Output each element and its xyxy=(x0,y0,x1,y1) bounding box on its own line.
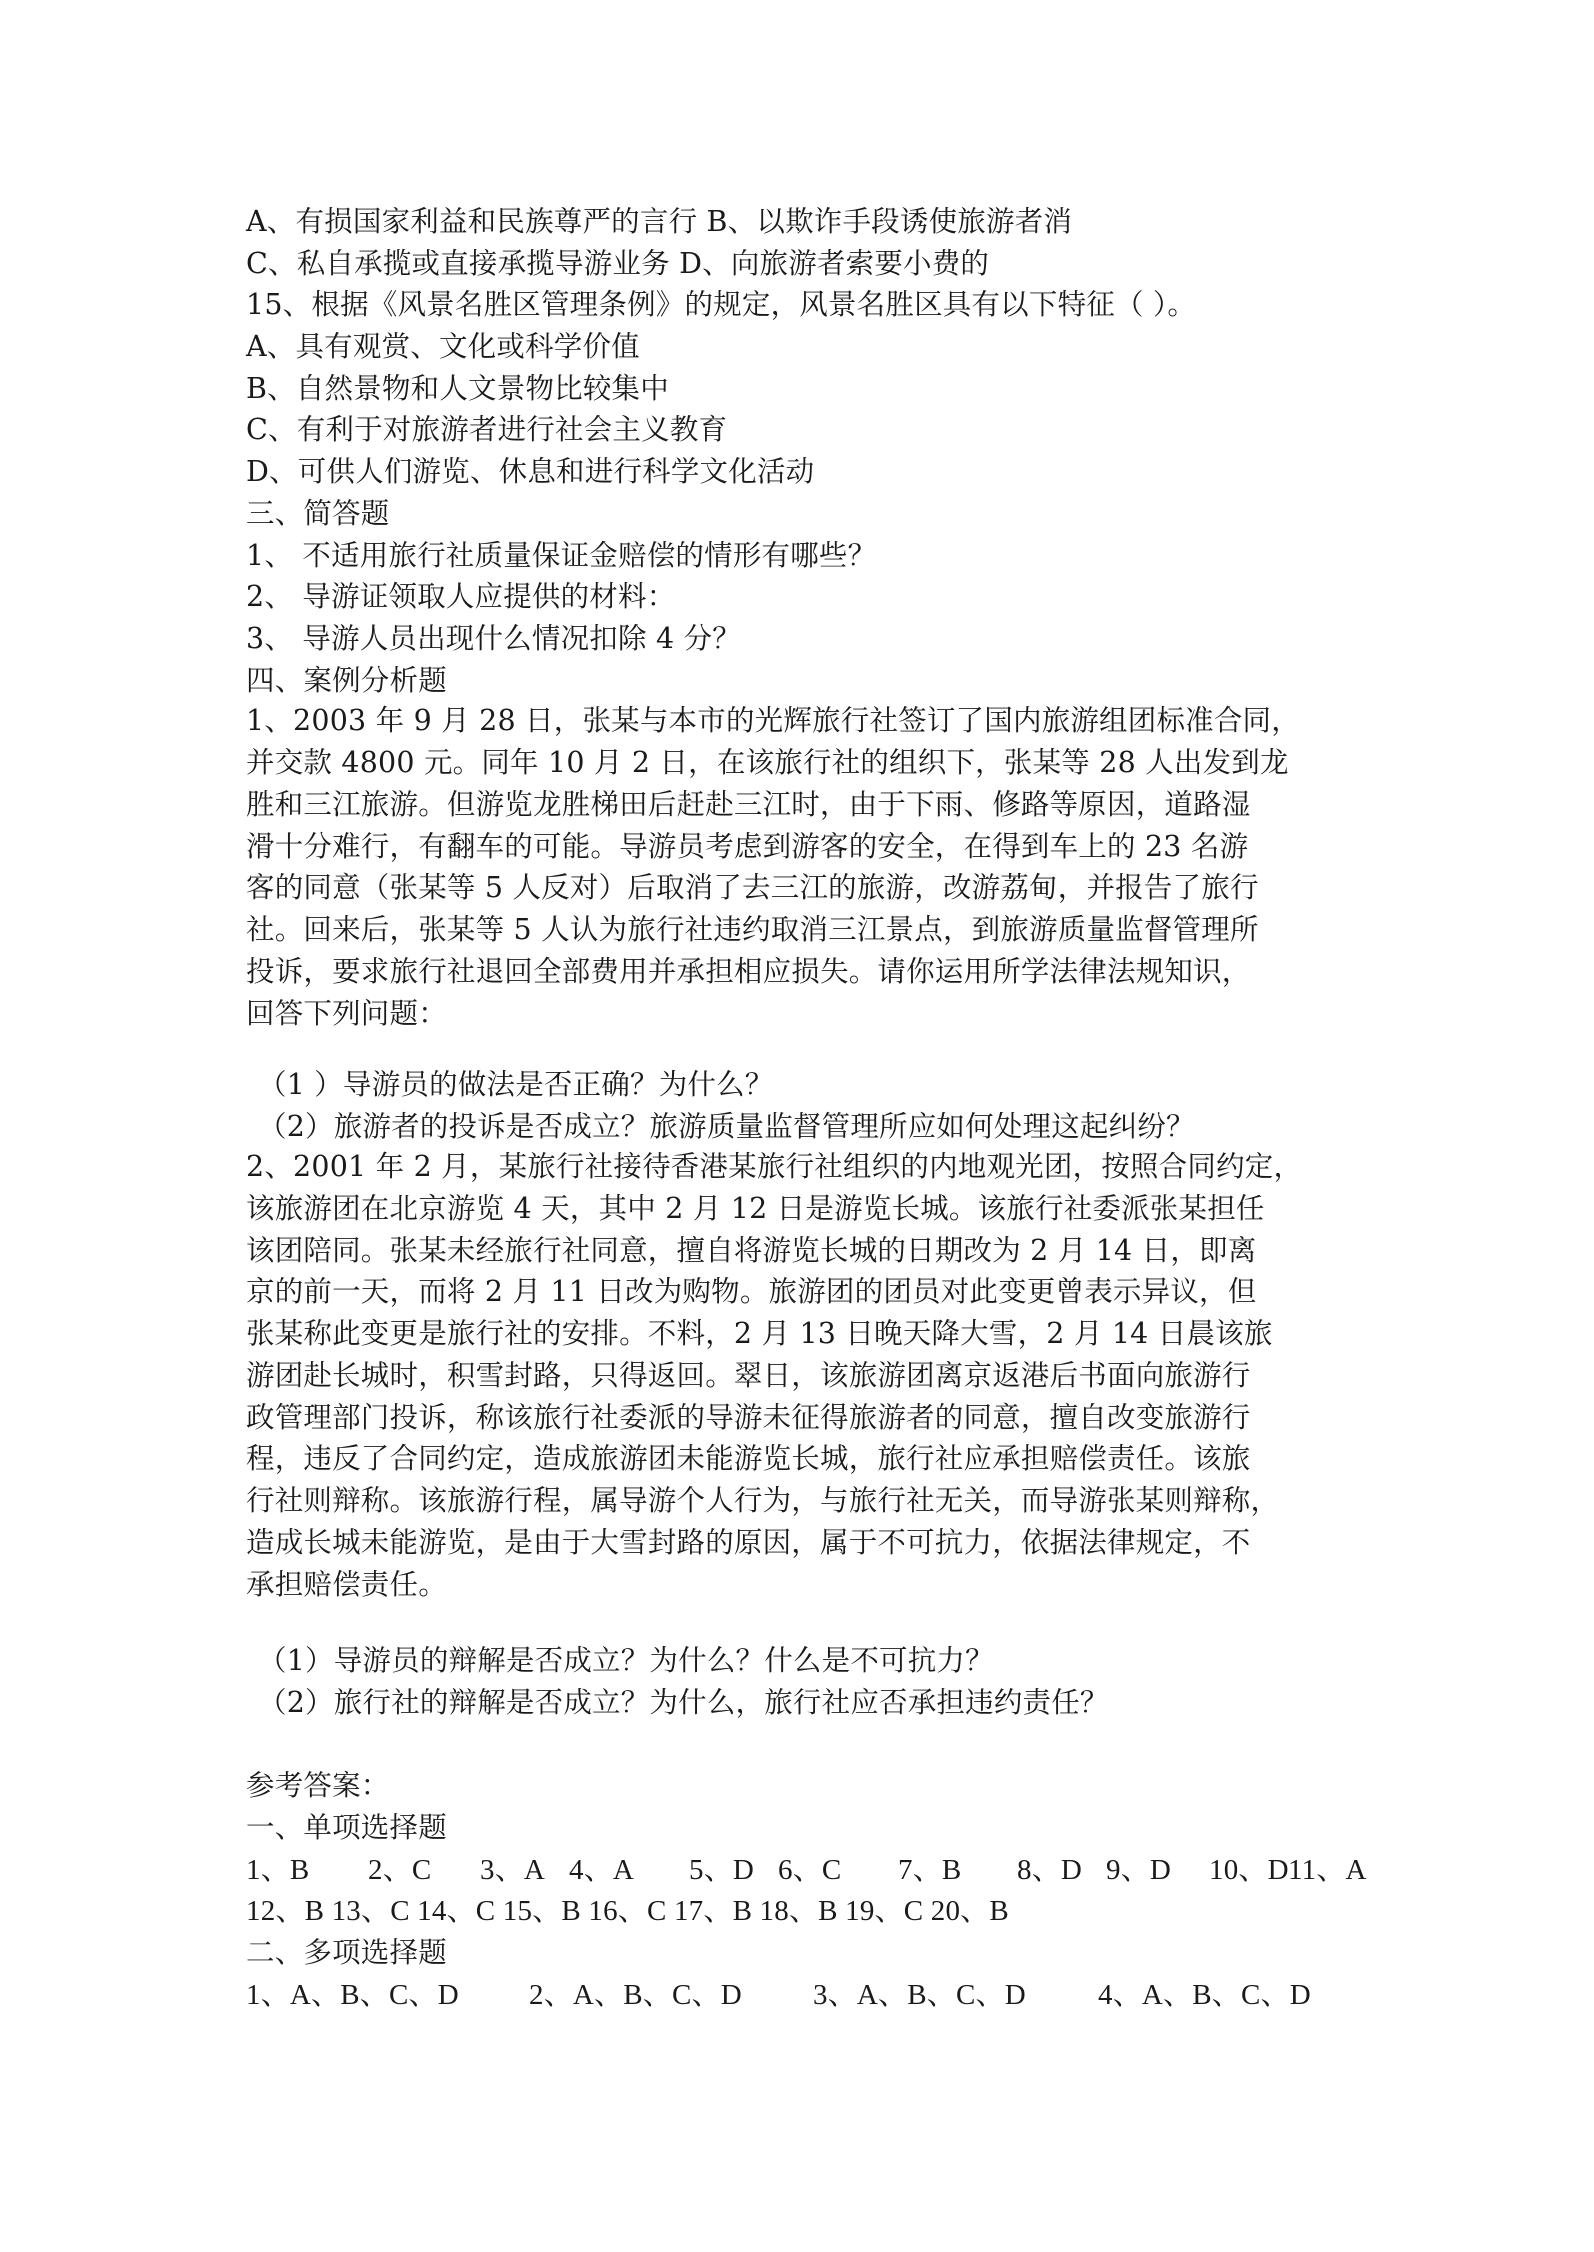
case2-line: 程，违反了合同约定，造成旅游团未能游览长城，旅行社应承担赔偿责任。该旅 xyxy=(246,1438,1356,1480)
answer-item: 2、C xyxy=(368,1849,431,1891)
case2-line: 2、2001 年 2 月，某旅行社接待香港某旅行社组织的内地观光团，按照合同约定… xyxy=(246,1146,1356,1188)
answer-item: 7、B xyxy=(898,1849,961,1891)
case1-question-2: （2）旅游者的投诉是否成立？旅游质量监督管理所应如何处理这起纠纷？ xyxy=(258,1106,1368,1148)
q15-option-c: C、有利于对旅游者进行社会主义教育 xyxy=(246,409,1356,451)
q15-option-b: B、自然景物和人文景物比较集中 xyxy=(246,368,1356,410)
case1-line: 投诉，要求旅行社退回全部费用并承担相应损失。请你运用所学法律法规知识， xyxy=(246,951,1356,993)
case2-question-2: （2）旅行社的辩解是否成立？为什么，旅行社应否承担违约责任？ xyxy=(258,1682,1368,1724)
q15-option-a: A、具有观赏、文化或科学价值 xyxy=(246,326,1356,368)
case1-line: 滑十分难行，有翻车的可能。导游员考虑到游客的安全，在得到车上的 23 名游 xyxy=(246,826,1356,868)
answer-item: 4、A xyxy=(569,1849,634,1891)
answer-item: 8、D xyxy=(1017,1849,1082,1891)
q15-option-d: D、可供人们游览、休息和进行科学文化活动 xyxy=(246,451,1356,493)
case2-line: 张某称此变更是旅行社的安排。不料，2 月 13 日晚天降大雪，2 月 14 日晨… xyxy=(246,1313,1356,1355)
multi-choice-answers-row: 1、A、B、C、D 2、A、B、C、D 3、A、B、C、D 4、A、B、C、D xyxy=(246,1974,1356,2016)
section3-question-2: 2、 导游证领取人应提供的材料： xyxy=(246,576,1356,618)
case1-line: 客的同意（张某等 5 人反对）后取消了去三江的旅游，改游荔甸，并报告了旅行 xyxy=(246,867,1356,909)
answer-item: 2、A、B、C、D xyxy=(529,1974,742,2016)
single-choice-answers-row-2: 12、B 13、C 14、C 15、B 16、C 17、B 18、B 19、C … xyxy=(246,1890,1356,1932)
case2-line: 造成长城未能游览，是由于大雪封路的原因，属于不可抗力，依据法律规定，不 xyxy=(246,1522,1356,1564)
case1-line: 胜和三江旅游。但游览龙胜梯田后赶赴三江时，由于下雨、修路等原因，道路湿 xyxy=(246,784,1356,826)
answers-title: 参考答案： xyxy=(246,1765,1356,1807)
case2-line: 京的前一天，而将 2 月 11 日改为购物。旅游团的团员对此变更曾表示异议，但 xyxy=(246,1271,1356,1313)
section3-question-1: 1、 不适用旅行社质量保证金赔偿的情形有哪些？ xyxy=(246,535,1356,577)
answer-item: 1、A、B、C、D xyxy=(246,1974,459,2016)
case1-line: 1、2003 年 9 月 28 日，张某与本市的光辉旅行社签订了国内旅游组团标准… xyxy=(246,700,1356,742)
single-choice-answers-row-1: 1、B 2、C 3、A 4、A 5、D 6、C 7、B 8、D 9、D 10、D… xyxy=(246,1849,1356,1891)
answer-item: 1、B xyxy=(246,1849,309,1891)
q14-options-line-1: A、有损国家利益和民族尊严的言行 B、以欺诈手段诱使旅游者消 xyxy=(246,201,1356,243)
answer-item: 10、D xyxy=(1209,1849,1289,1891)
case2-line: 该旅游团在北京游览 4 天，其中 2 月 12 日是游览长城。该旅行社委派张某担… xyxy=(246,1188,1356,1230)
case1-line: 社。回来后，张某等 5 人认为旅行社违约取消三江景点，到旅游质量监督管理所 xyxy=(246,909,1356,951)
section4-title: 四、案例分析题 xyxy=(246,660,1356,702)
multi-choice-title: 二、多项选择题 xyxy=(246,1932,1356,1974)
case1-line: 回答下列问题： xyxy=(246,993,1356,1035)
document-page: A、有损国家利益和民族尊严的言行 B、以欺诈手段诱使旅游者消 C、私自承揽或直接… xyxy=(0,0,1594,2252)
case2-question-1: （1）导游员的辩解是否成立？为什么？什么是不可抗力？ xyxy=(258,1640,1368,1682)
single-choice-title: 一、单项选择题 xyxy=(246,1807,1356,1849)
answer-item: 9、D xyxy=(1106,1849,1171,1891)
answer-item: 5、D xyxy=(689,1849,754,1891)
case2-line: 政管理部门投诉，称该旅行社委派的导游未征得旅游者的同意，擅自改变旅游行 xyxy=(246,1397,1356,1439)
case2-line: 游团赴长城时，积雪封路，只得返回。翠日，该旅游团离京返港后书面向旅游行 xyxy=(246,1355,1356,1397)
case2-line: 承担赔偿责任。 xyxy=(246,1564,1356,1606)
answer-item: 6、C xyxy=(778,1849,841,1891)
q15-stem: 15、根据《风景名胜区管理条例》的规定，风景名胜区具有以下特征（ ）。 xyxy=(246,284,1356,326)
answer-item: 11、A xyxy=(1288,1849,1367,1891)
case2-line: 行社则辩称。该旅游行程，属导游个人行为，与旅行社无关，而导游张某则辩称， xyxy=(246,1480,1356,1522)
section3-question-3: 3、 导游人员出现什么情况扣除 4 分？ xyxy=(246,618,1356,660)
case1-line: 并交款 4800 元。同年 10 月 2 日，在该旅行社的组织下，张某等 28 … xyxy=(246,742,1356,784)
case2-line: 该团陪同。张某未经旅行社同意，擅自将游览长城的日期改为 2 月 14 日，即离 xyxy=(246,1230,1356,1272)
answer-item: 4、A、B、C、D xyxy=(1098,1974,1311,2016)
q14-options-line-2: C、私自承揽或直接承揽导游业务 D、向旅游者索要小费的 xyxy=(246,243,1356,285)
answer-item: 3、A、B、C、D xyxy=(813,1974,1026,2016)
answer-item: 3、A xyxy=(480,1849,545,1891)
case1-question-1: （1 ）导游员的做法是否正确？为什么？ xyxy=(258,1064,1368,1106)
section3-title: 三、简答题 xyxy=(246,493,1356,535)
